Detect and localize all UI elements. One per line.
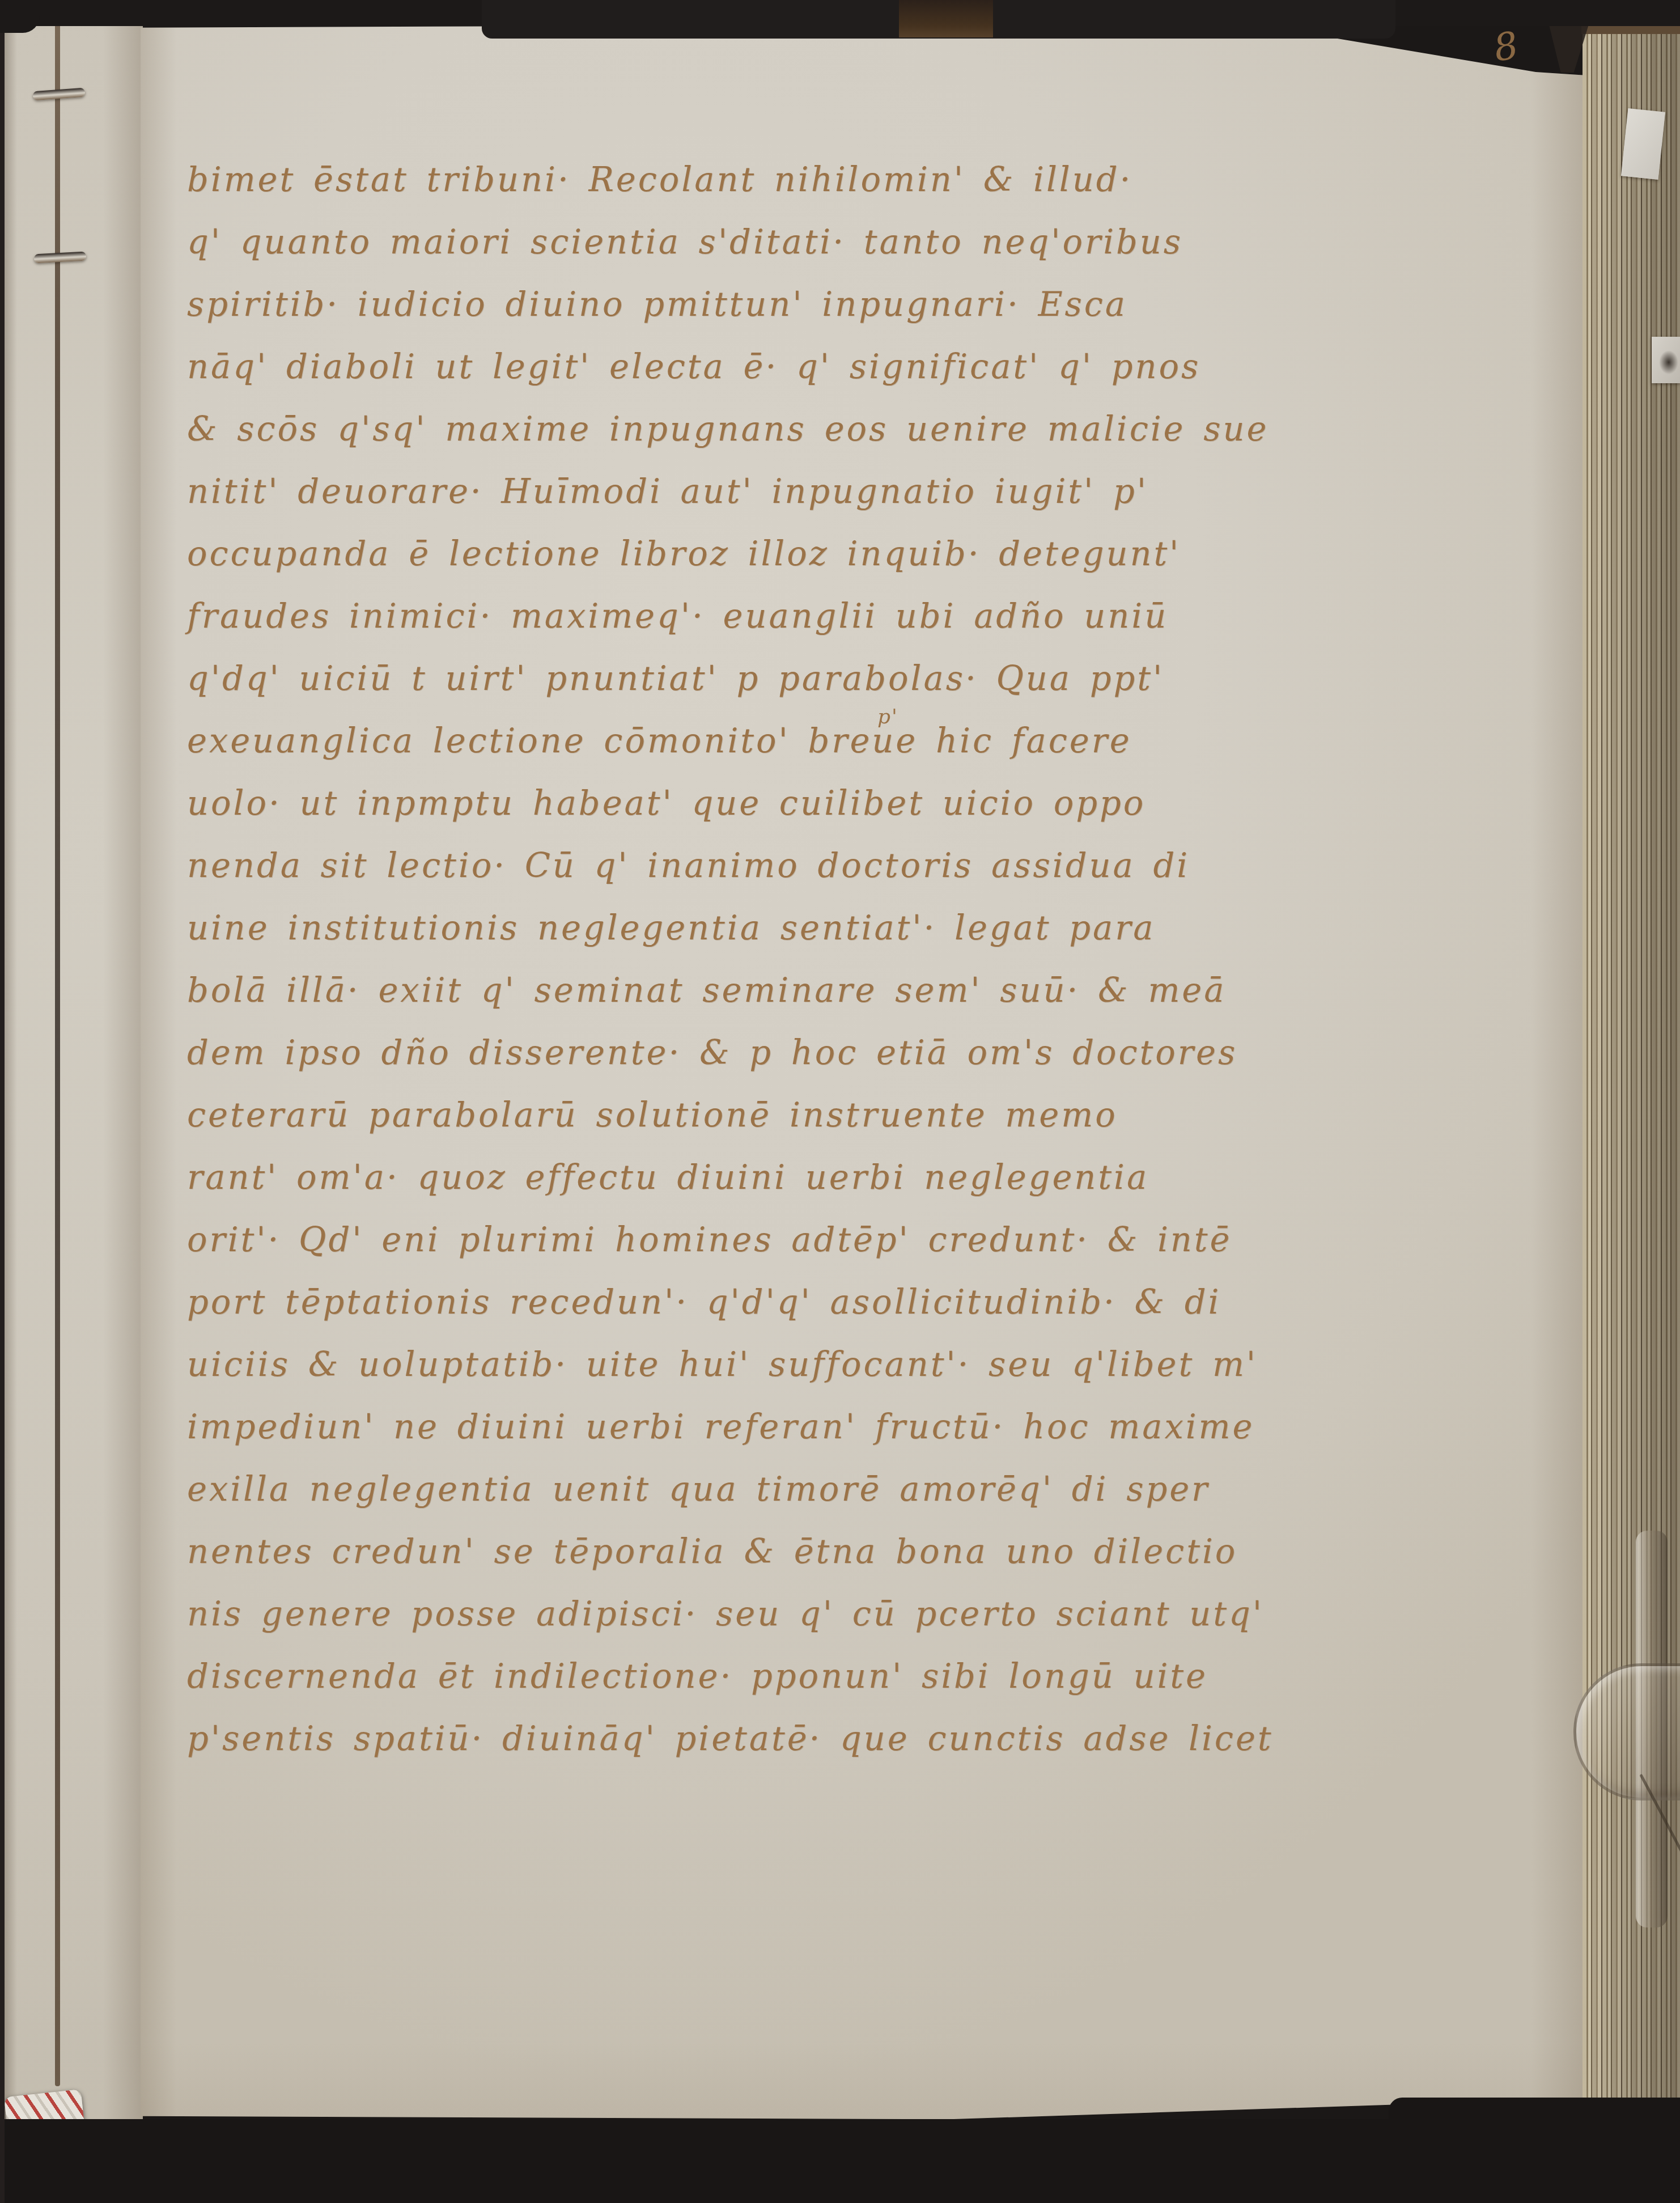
page-marker-tab-upper [1621, 108, 1665, 180]
text-line: nāq' diaboli ut legit' electa ē· q' sign… [187, 336, 1411, 398]
text-line: & scōs q'sq' maxime inpugnans eos uenire… [187, 398, 1411, 460]
text-line: p'sentis spatiū· diuināq' pietatē· que c… [187, 1708, 1411, 1770]
text-line: q' quanto maiori scientia s'ditati· tant… [187, 211, 1411, 273]
text-line: port tēptationis recedun'· q'd'q' asolli… [187, 1271, 1411, 1333]
text-line: nentes credun' se tēporalia & ētna bona … [187, 1520, 1411, 1583]
text-line: fraudes inimici· maximeq'· euanglii ubi … [187, 585, 1411, 647]
text-line: exeuanglica lectione cōmonito' breue hic… [187, 710, 1411, 772]
text-line: rant' om'a· quoz effectu diuini uerbi ne… [187, 1146, 1411, 1209]
text-line: ceterarū parabolarū solutionē instruente… [187, 1084, 1411, 1146]
text-line: discernenda ēt indilectione· pponun' sib… [187, 1645, 1411, 1708]
manuscript-photo: 8 bimet ēstat tribuni· Recolant nihilomi… [0, 0, 1680, 2203]
text-line: dem ipso dño disserente· & p hoc etiā om… [187, 1022, 1411, 1084]
text-line: uolo· ut inpmptu habeat' que cuilibet ui… [187, 772, 1411, 834]
text-line: occupanda ē lectione libroz illoz inquib… [187, 523, 1411, 585]
interlinear-note: p' [877, 705, 898, 728]
verso-page-sliver [2, 16, 143, 2122]
text-line: uine institutionis neglegentia sentiat'·… [187, 897, 1411, 959]
text-line: orit'· Qd' eni plurimi homines adtēp' cr… [187, 1209, 1411, 1271]
text-line: bolā illā· exiit q' seminat seminare sem… [187, 959, 1411, 1022]
text-line: nis genere posse adipisci· seu q' cū pce… [187, 1583, 1411, 1645]
photo-corner-top-left [0, 0, 40, 33]
text-line: nitit' deuorare· Huīmodi aut' inpugnatio… [187, 460, 1411, 523]
text-line: nenda sit lectio· Cū q' inanimo doctoris… [187, 834, 1411, 897]
photo-edge-left [0, 0, 5, 2203]
page-marker-tab-lower [1652, 337, 1680, 383]
text-line: exilla neglegentia uenit qua timorē amor… [187, 1458, 1411, 1520]
text-line: q'dq' uiciū t uirt' pnuntiat' p parabola… [187, 647, 1411, 710]
text-block: bimet ēstat tribuni· Recolant nihilomin'… [187, 149, 1411, 1770]
text-line: impediun' ne diuini uerbi referan' fruct… [187, 1396, 1411, 1458]
gutter-fold-crease [55, 17, 60, 2086]
text-line: uiciis & uoluptatib· uite hui' suffocant… [187, 1333, 1411, 1396]
text-line: spiritib· iudicio diuino pmittun' inpugn… [187, 273, 1411, 336]
text-line: bimet ēstat tribuni· Recolant nihilomin'… [187, 149, 1411, 211]
binding-strap [899, 0, 993, 37]
folio-number: 8 [1491, 23, 1522, 70]
photo-edge-bottom-right [1389, 2098, 1680, 2203]
